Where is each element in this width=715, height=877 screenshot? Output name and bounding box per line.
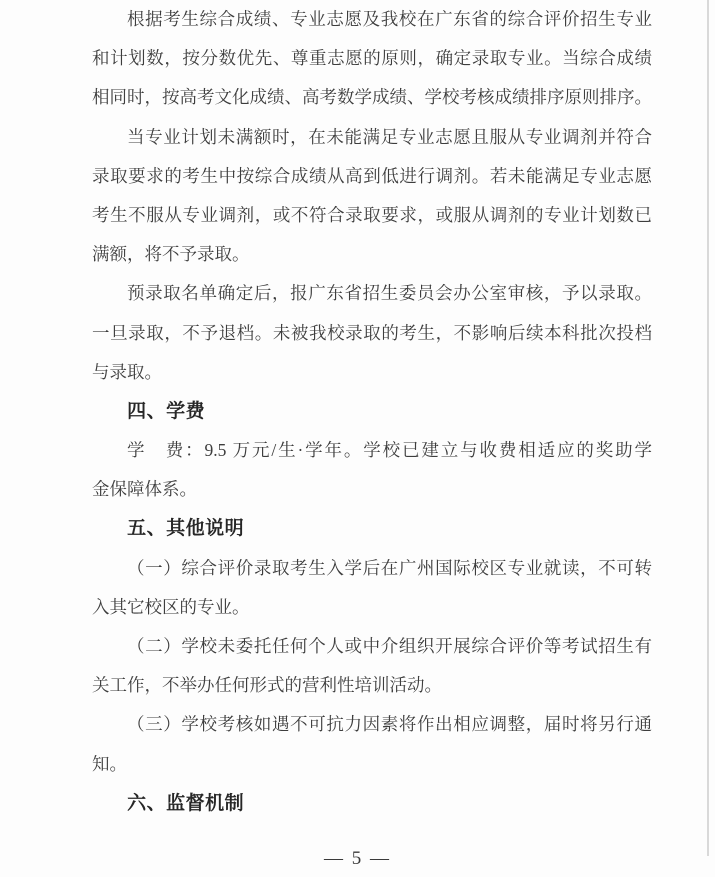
paragraph-line: 根据考生综合成绩、专业志愿及我校在广东省的综合评价招生专业: [92, 0, 652, 39]
scan-edge-artifact: [707, 0, 709, 856]
paragraph-line: 关工作，不举办任何形式的营利性培训活动。: [92, 666, 652, 705]
paragraph-line: 和计划数，按分数优先、尊重志愿的原则，确定录取专业。当综合成绩: [92, 39, 652, 78]
paragraph-line: 录取要求的考生中按综合成绩从高到低进行调剂。若未能满足专业志愿: [92, 157, 652, 196]
paragraph-line: 一旦录取，不予退档。未被我校录取的考生，不影响后续本科批次投档: [92, 314, 652, 353]
document-body: 根据考生综合成绩、专业志愿及我校在广东省的综合评价招生专业和计划数，按分数优先、…: [92, 0, 652, 823]
section-heading: 五、其他说明: [92, 509, 652, 548]
paragraph-line: （一）综合评价录取考生入学后在广州国际校区专业就读，不可转: [92, 549, 652, 588]
paragraph-line: 与录取。: [92, 353, 652, 392]
paragraph-line: 满额，将不予录取。: [92, 235, 652, 274]
paragraph-line: 入其它校区的专业。: [92, 588, 652, 627]
paragraph-line: 预录取名单确定后，报广东省招生委员会办公室审核，予以录取。: [92, 274, 652, 313]
section-heading: 六、监督机制: [92, 784, 652, 823]
paragraph-line: 当专业计划未满额时，在未能满足专业志愿且服从专业调剂并符合: [92, 118, 652, 157]
document-page: 根据考生综合成绩、专业志愿及我校在广东省的综合评价招生专业和计划数，按分数优先、…: [0, 0, 715, 877]
section-heading: 四、学费: [92, 392, 652, 431]
paragraph-line: 考生不服从专业调剂，或不符合录取要求，或服从调剂的专业计划数已: [92, 196, 652, 235]
page-number: — 5 —: [0, 846, 715, 872]
paragraph-line: 金保障体系。: [92, 470, 652, 509]
paragraph-line: 相同时，按高考文化成绩、高考数学成绩、学校考核成绩排序原则排序。: [92, 78, 652, 117]
paragraph-line: 知。: [92, 745, 652, 784]
paragraph-line: （二）学校未委托任何个人或中介组织开展综合评价等考试招生有: [92, 627, 652, 666]
paragraph-line: 学 费：9.5 万元/生·学年。学校已建立与收费相适应的奖助学: [92, 431, 652, 470]
paragraph-line: （三）学校考核如遇不可抗力因素将作出相应调整，届时将另行通: [92, 705, 652, 744]
